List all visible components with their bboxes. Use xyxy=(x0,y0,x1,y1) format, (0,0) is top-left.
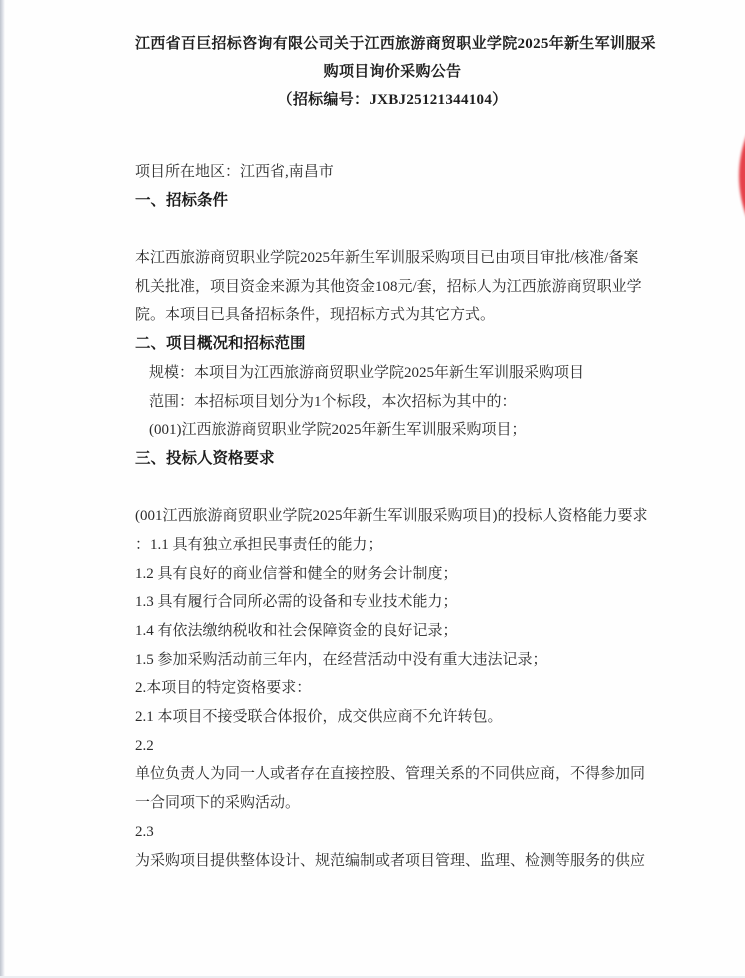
document-title-block: 江西省百巨招标咨询有限公司关于江西旅游商贸职业学院2025年新生军训服采 购项目… xyxy=(135,30,650,114)
section3-heading: 三、投标人资格要求 xyxy=(135,445,650,474)
qualification-2-3-number: 2.3 xyxy=(135,818,650,847)
qualification-2-heading: 2.本项目的特定资格要求： xyxy=(135,674,650,703)
lot-001-line: (001)江西旅游商贸职业学院2025年新生军训服采购项目； xyxy=(135,416,650,445)
section1-paragraph-line2: 机关批准，项目资金来源为其他资金108元/套，招标人为江西旅游商贸职业学 xyxy=(135,273,650,302)
scanned-document-page: 江西省百巨招标咨询有限公司关于江西旅游商贸职业学院2025年新生军训服采 购项目… xyxy=(0,0,745,978)
section2-heading: 二、项目概况和招标范围 xyxy=(135,330,650,359)
red-seal-partial xyxy=(739,62,745,290)
section1-heading: 一、招标条件 xyxy=(135,187,650,216)
qualification-1-2: 1.2 具有良好的商业信誉和健全的财务会计制度； xyxy=(135,560,650,589)
qualification-2-2-line2: 一合同项下的采购活动。 xyxy=(135,789,650,818)
qualification-1-1: ：1.1 具有独立承担民事责任的能力； xyxy=(135,531,650,560)
document-title-line2: 购项目询价采购公告 xyxy=(135,58,650,86)
project-location-line: 项目所在地区：江西省,南昌市 xyxy=(135,158,650,187)
blank-line xyxy=(135,474,650,503)
qualification-intro-line: (001江西旅游商贸职业学院2025年新生军训服采购项目)的投标人资格能力要求 xyxy=(135,502,650,531)
document-body: 项目所在地区：江西省,南昌市 一、招标条件 本江西旅游商贸职业学院2025年新生… xyxy=(135,158,650,875)
qualification-2-2-line1: 单位负责人为同一人或者存在直接控股、管理关系的不同供应商，不得参加同 xyxy=(135,760,650,789)
document-title-line1: 江西省百巨招标咨询有限公司关于江西旅游商贸职业学院2025年新生军训服采 xyxy=(135,30,650,58)
tender-number: （招标编号：JXBJ25121344104） xyxy=(135,86,650,114)
scan-edge-left xyxy=(0,0,5,978)
blank-line xyxy=(135,215,650,244)
document-content: 江西省百巨招标咨询有限公司关于江西旅游商贸职业学院2025年新生军训服采 购项目… xyxy=(135,30,650,875)
section1-paragraph-line3: 院。本项目已具备招标条件，现招标方式为其它方式。 xyxy=(135,301,650,330)
scope-line: 范围：本招标项目划分为1个标段，本次招标为其中的： xyxy=(135,388,650,417)
qualification-2-2-number: 2.2 xyxy=(135,732,650,761)
section1-paragraph-line1: 本江西旅游商贸职业学院2025年新生军训服采购项目已由项目审批/核准/备案 xyxy=(135,244,650,273)
qualification-2-3-line1: 为采购项目提供整体设计、规范编制或者项目管理、监理、检测等服务的供应 xyxy=(135,847,650,876)
scale-line: 规模：本项目为江西旅游商贸职业学院2025年新生军训服采购项目 xyxy=(135,359,650,388)
qualification-1-3: 1.3 具有履行合同所必需的设备和专业技术能力； xyxy=(135,588,650,617)
qualification-2-1: 2.1 本项目不接受联合体报价，成交供应商不允许转包。 xyxy=(135,703,650,732)
qualification-1-4: 1.4 有依法缴纳税收和社会保障资金的良好记录； xyxy=(135,617,650,646)
qualification-1-5: 1.5 参加采购活动前三年内，在经营活动中没有重大违法记录； xyxy=(135,646,650,675)
